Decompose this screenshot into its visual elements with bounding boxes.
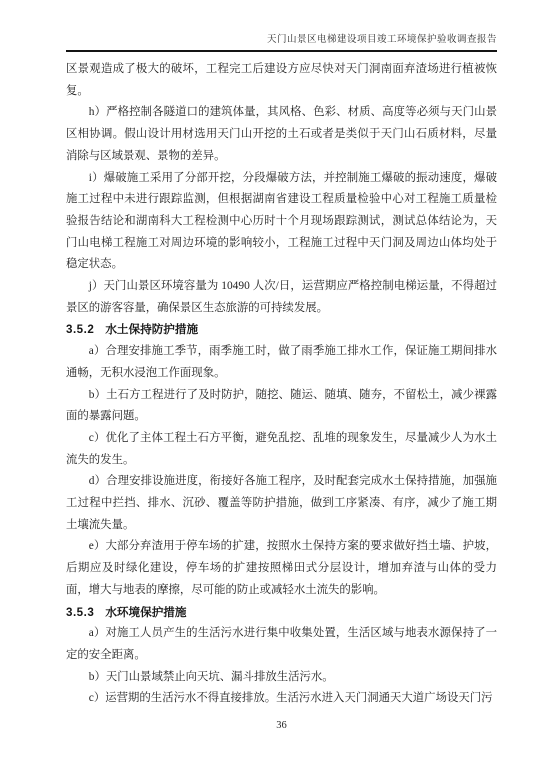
paragraph: a）对施工人员产生的生活污水进行集中收集处置，生活区域与地表水源保持了一定的安全…	[66, 623, 497, 666]
document-body: 区景观造成了极大的破坏，工程完工后建设方应尽快对天门洞南面弃渣场进行植被恢复。h…	[66, 59, 497, 710]
paragraph: b）土石方工程进行了及时防护，随挖、随运、随填、随夯，不留松土，减少裸露面的暴露…	[66, 385, 497, 428]
section-title: 水土保持防护措施	[105, 323, 198, 336]
section-title: 水环境保护措施	[105, 606, 186, 619]
paragraph: i）爆破施工采用了分部开挖，分段爆破方法，并控制施工爆破的振动速度，爆破施工过程…	[66, 168, 497, 277]
paragraph: e）大部分弃渣用于停车场的扩建，按照水土保持方案的要求做好挡土墙、护坡，后期应及…	[66, 536, 497, 601]
paragraph: d）合理安排设施进度，衔接好各施工程序，及时配套完成水土保持措施，加强施工过程中…	[66, 471, 497, 536]
header-rule	[66, 50, 497, 52]
paragraph: c）运营期的生活污水不得直接排放。生活污水进入天门洞通天大道广场设天门污	[66, 688, 497, 710]
page-header: 天门山景区电梯建设项目竣工环境保护验收调查报告	[66, 33, 497, 52]
section-number: 3.5.2	[66, 323, 94, 336]
page-number: 36	[276, 720, 287, 731]
running-header-title: 天门山景区电梯建设项目竣工环境保护验收调查报告	[66, 33, 497, 47]
section-heading: 3.5.3水环境保护措施	[66, 602, 497, 624]
paragraph: c）优化了主体工程土石方平衡，避免乱挖、乱堆的现象发生，尽量减少人为水土流失的发…	[66, 428, 497, 471]
section-heading: 3.5.2水土保持防护措施	[66, 319, 497, 341]
paragraph: b）天门山景域禁止向天坑、漏斗排放生活污水。	[66, 667, 497, 689]
paragraph: a）合理安排施工季节，雨季施工时，做了雨季施工排水工作，保证施工期间排水通畅，无…	[66, 341, 497, 384]
page-footer: 36	[66, 715, 497, 733]
paragraph: j）天门山景区环境容量为 10490 人次/日，运营期应严格控制电梯运量，不得超…	[66, 276, 497, 319]
paragraph: h）严格控制各隧道口的建筑体量，其风格、色彩、材质、高度等必须与天门山景区相协调…	[66, 102, 497, 167]
section-number: 3.5.3	[66, 606, 94, 619]
document-page: 天门山景区电梯建设项目竣工环境保护验收调查报告 区景观造成了极大的破坏，工程完工…	[0, 0, 550, 778]
paragraph: 区景观造成了极大的破坏，工程完工后建设方应尽快对天门洞南面弃渣场进行植被恢复。	[66, 59, 497, 102]
